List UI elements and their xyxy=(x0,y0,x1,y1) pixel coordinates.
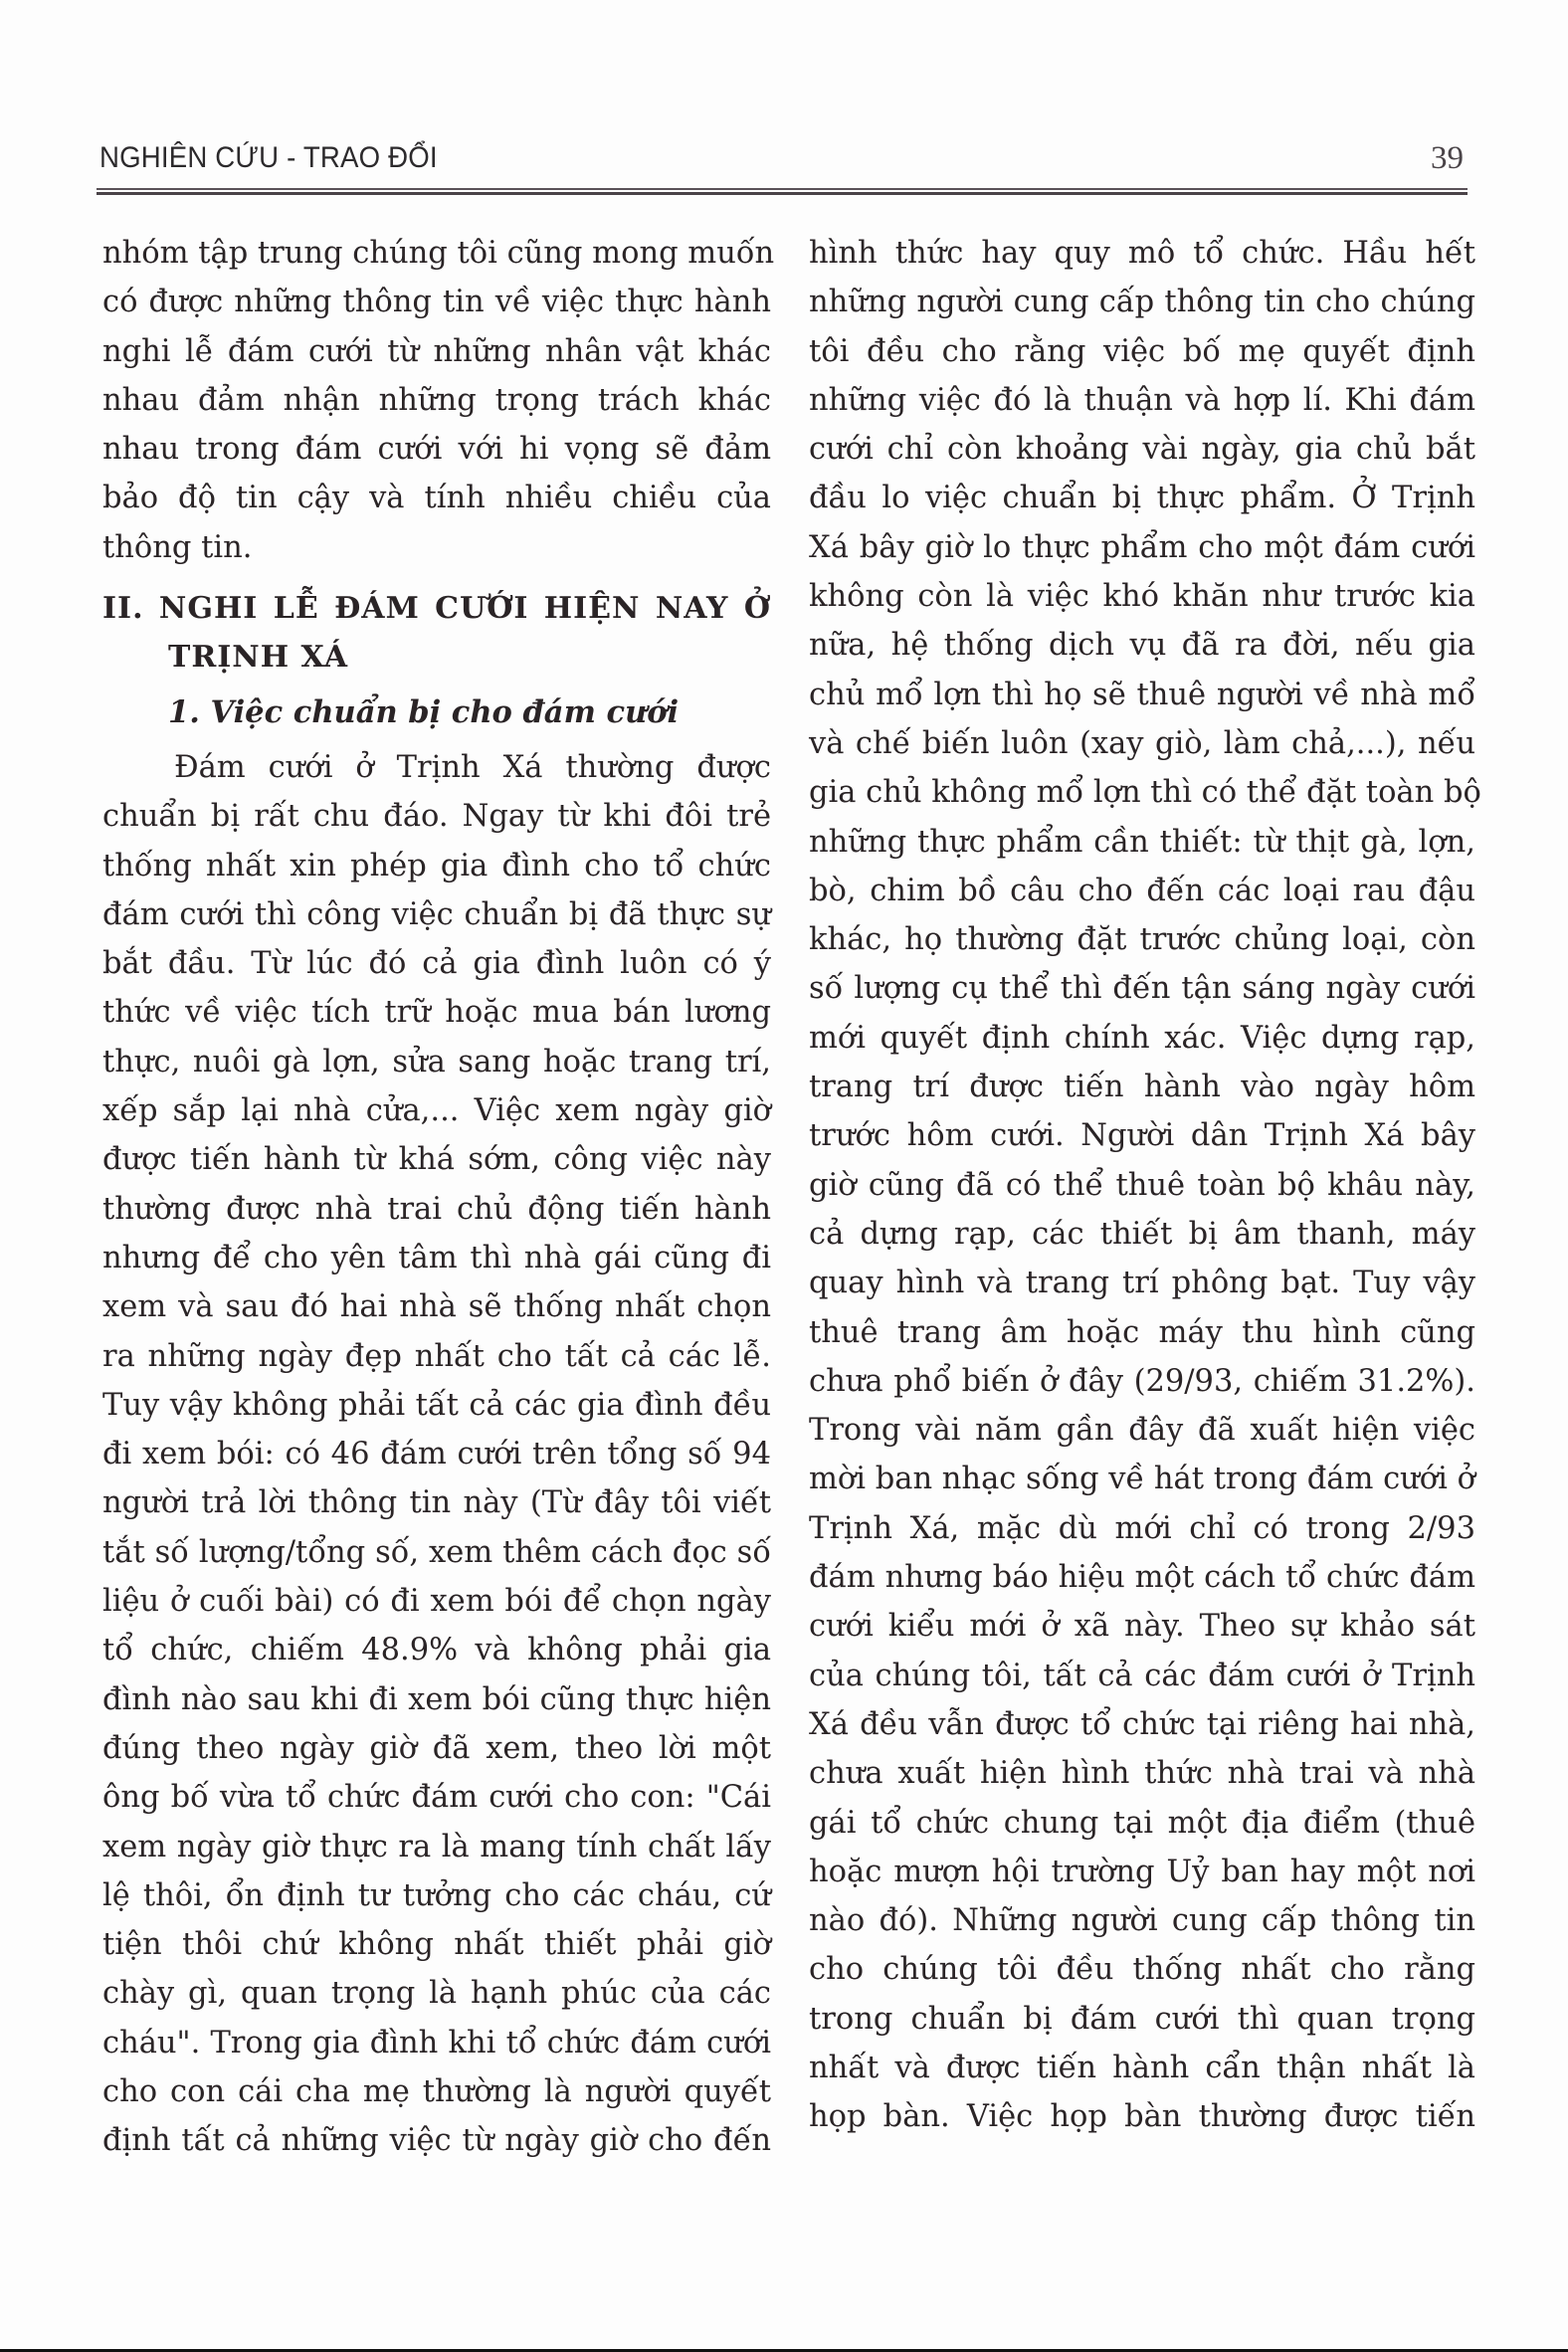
text-line: cháu". Trong gia đình khi tổ chức đám cư… xyxy=(102,2019,771,2067)
section-heading-line: TRỊNH XÁ xyxy=(102,633,771,682)
subsection-heading: 1. Việc chuẩn bị cho đám cưới xyxy=(102,688,771,737)
text-line: gia chủ không mổ lợn thì có thể đặt toàn… xyxy=(809,768,1475,817)
text-line: mời ban nhạc sống về hát trong đám cưới … xyxy=(809,1455,1475,1503)
text-line: chủ mổ lợn thì họ sẽ thuê người về nhà m… xyxy=(809,671,1475,719)
text-line: xem và sau đó hai nhà sẽ thống nhất chọn xyxy=(102,1282,771,1331)
text-line: đám cưới thì công việc chuẩn bị đã thực … xyxy=(102,890,771,939)
text-line: hình thức hay quy mô tổ chức. Hầu hết xyxy=(809,229,1475,278)
rule-line-top xyxy=(97,188,1468,190)
text-line: đi xem bói: có 46 đám cưới trên tổng số … xyxy=(102,1430,771,1478)
text-line: khác, họ thường đặt trước chủng loại, cò… xyxy=(809,915,1475,964)
text-line: Trong vài năm gần đây đã xuất hiện việc xyxy=(809,1406,1475,1455)
text-line: nhau đảm nhận những trọng trách khác xyxy=(102,376,771,425)
text-line: quay hình và trang trí phông bạt. Tuy vậ… xyxy=(809,1259,1475,1307)
text-line: đám nhưng báo hiệu một cách tổ chức đám xyxy=(809,1553,1475,1602)
text-line: họp bàn. Việc họp bàn thường được tiến xyxy=(809,2092,1475,2141)
text-line: những thực phẩm cần thiết: từ thịt gà, l… xyxy=(809,818,1475,867)
text-line: chuẩn bị rất chu đáo. Ngay từ khi đôi tr… xyxy=(102,792,771,841)
page-number: 39 xyxy=(1431,140,1464,177)
right-column: hình thức hay quy mô tổ chức. Hầu hết nh… xyxy=(809,229,1475,2142)
text-line: ra những ngày đẹp nhất cho tất cả các lễ… xyxy=(102,1332,771,1381)
paragraph-preparation: Đám cưới ở Trịnh Xá thường được chuẩn bị… xyxy=(102,743,771,2166)
text-line: hoặc mượn hội trường Uỷ ban hay một nơi xyxy=(809,1848,1475,1896)
text-line: giờ cũng đã có thể thuê toàn bộ khâu này… xyxy=(809,1161,1475,1210)
rule-line-bottom xyxy=(97,192,1468,195)
text-line: bò, chim bồ câu cho đến các loại rau đậu xyxy=(809,867,1475,915)
text-line: bắt đầu. Từ lúc đó cả gia đình luôn có ý xyxy=(102,939,771,988)
text-line: chưa phổ biến ở đây (29/93, chiếm 31.2%)… xyxy=(809,1357,1475,1406)
text-line: cả dựng rạp, các thiết bị âm thanh, máy xyxy=(809,1210,1475,1259)
paragraph-intro: nhóm tập trung chúng tôi cũng mong muốn … xyxy=(102,229,771,572)
text-line: người trả lời thông tin này (Từ đây tôi … xyxy=(102,1478,771,1527)
text-line: những việc đó là thuận và hợp lí. Khi đá… xyxy=(809,376,1475,425)
text-line: Xá bây giờ lo thực phẩm cho một đám cưới xyxy=(809,523,1475,572)
text-line: thuê trang âm hoặc máy thu hình cũng xyxy=(809,1308,1475,1357)
text-line: được tiến hành từ khá sớm, công việc này xyxy=(102,1135,771,1184)
text-line: nào đó). Những người cung cấp thông tin xyxy=(809,1896,1475,1945)
page-header: NGHIÊN CỨU - TRAO ĐỔI 39 xyxy=(97,141,1468,181)
text-line: đúng theo ngày giờ đã xem, theo lời một xyxy=(102,1724,771,1773)
text-line: xếp sắp lại nhà cửa,... Việc xem ngày gi… xyxy=(102,1086,771,1135)
text-line: cho chúng tôi đều thống nhất cho rằng xyxy=(809,1945,1475,1994)
text-line: cho con cái cha mẹ thường là người quyết xyxy=(102,2067,771,2116)
text-line: trong chuẩn bị đám cưới thì quan trọng xyxy=(809,1995,1475,2044)
text-line: bảo độ tin cậy và tính nhiều chiều của xyxy=(102,474,771,522)
text-line: trước hôm cưới. Người dân Trịnh Xá bây xyxy=(809,1111,1475,1160)
text-line: định tất cả những việc từ ngày giờ cho đ… xyxy=(102,2116,771,2165)
header-double-rule xyxy=(97,188,1468,197)
text-line: thông tin. xyxy=(102,523,771,572)
text-line: nhưng để cho yên tâm thì nhà gái cũng đi xyxy=(102,1234,771,1282)
text-line: Tuy vậy không phải tất cả các gia đình đ… xyxy=(102,1381,771,1430)
text-line: ông bố vừa tổ chức đám cưới cho con: "Cá… xyxy=(102,1773,771,1822)
text-line: chưa xuất hiện hình thức nhà trai và nhà xyxy=(809,1749,1475,1798)
text-line: gái tổ chức chung tại một địa điểm (thuê xyxy=(809,1799,1475,1848)
text-line: của chúng tôi, tất cả các đám cưới ở Trị… xyxy=(809,1652,1475,1700)
text-line: liệu ở cuối bài) có đi xem bói để chọn n… xyxy=(102,1577,771,1626)
paragraph-continuation: hình thức hay quy mô tổ chức. Hầu hết nh… xyxy=(809,229,1475,2142)
text-line: Đám cưới ở Trịnh Xá thường được xyxy=(102,743,771,792)
text-line: những người cung cấp thông tin cho chúng xyxy=(809,278,1475,326)
text-line: không còn là việc khó khăn như trước kia xyxy=(809,572,1475,621)
running-title: NGHIÊN CỨU - TRAO ĐỔI xyxy=(99,141,438,175)
text-line: nhau trong đám cưới với hi vọng sẽ đảm xyxy=(102,425,771,474)
text-line: trang trí được tiến hành vào ngày hôm xyxy=(809,1063,1475,1111)
text-line: đình nào sau khi đi xem bói cũng thực hi… xyxy=(102,1675,771,1724)
spacer xyxy=(102,572,771,584)
text-line: đầu lo việc chuẩn bị thực phẩm. Ở Trịnh xyxy=(809,474,1475,522)
text-line: số lượng cụ thể thì đến tận sáng ngày cư… xyxy=(809,964,1475,1013)
text-line: nhóm tập trung chúng tôi cũng mong muốn xyxy=(102,229,771,278)
text-line: mới quyết định chính xác. Việc dựng rạp, xyxy=(809,1014,1475,1063)
text-line: nhất và được tiến hành cẩn thận nhất là xyxy=(809,2044,1475,2092)
text-line: cưới chỉ còn khoảng vài ngày, gia chủ bắ… xyxy=(809,425,1475,474)
text-line: tổ chức, chiếm 48.9% và không phải gia xyxy=(102,1626,771,1674)
text-line: và chế biến luôn (xay giò, làm chả,...),… xyxy=(809,719,1475,768)
section-heading: II. NGHI LỄ ĐÁM CƯỚI HIỆN NAY Ở TRỊNH XÁ xyxy=(102,584,771,683)
text-line: Xá đều vẫn được tổ chức tại riêng hai nh… xyxy=(809,1700,1475,1749)
text-line: tắt số lượng/tổng số, xem thêm cách đọc … xyxy=(102,1528,771,1577)
text-line: thực, nuôi gà lợn, sửa sang hoặc trang t… xyxy=(102,1038,771,1086)
section-heading-line: II. NGHI LỄ ĐÁM CƯỚI HIỆN NAY Ở xyxy=(102,584,771,633)
text-line: thống nhất xin phép gia đình cho tổ chức xyxy=(102,842,771,890)
text-line: thức về việc tích trữ hoặc mua bán lương xyxy=(102,988,771,1037)
text-line: cưới kiểu mới ở xã này. Theo sự khảo sát xyxy=(809,1602,1475,1651)
text-line: nghi lễ đám cưới từ những nhân vật khác xyxy=(102,327,771,376)
text-line: có được những thông tin về việc thực hàn… xyxy=(102,278,771,326)
text-line: Trịnh Xá, mặc dù mới chỉ có trong 2/93 xyxy=(809,1504,1475,1553)
left-column: nhóm tập trung chúng tôi cũng mong muốn … xyxy=(102,229,771,2166)
text-line: thường được nhà trai chủ động tiến hành xyxy=(102,1185,771,1234)
text-line: tôi đều cho rằng việc bố mẹ quyết định xyxy=(809,327,1475,376)
text-line: chày gì, quan trọng là hạnh phúc của các xyxy=(102,1969,771,2018)
text-line: lệ thôi, ổn định tư tưởng cho các cháu, … xyxy=(102,1871,771,1920)
text-line: tiện thôi chứ không nhất thiết phải giờ xyxy=(102,1920,771,1969)
text-line: xem ngày giờ thực ra là mang tính chất l… xyxy=(102,1823,771,1871)
text-line: nữa, hệ thống dịch vụ đã ra đời, nếu gia xyxy=(809,621,1475,670)
